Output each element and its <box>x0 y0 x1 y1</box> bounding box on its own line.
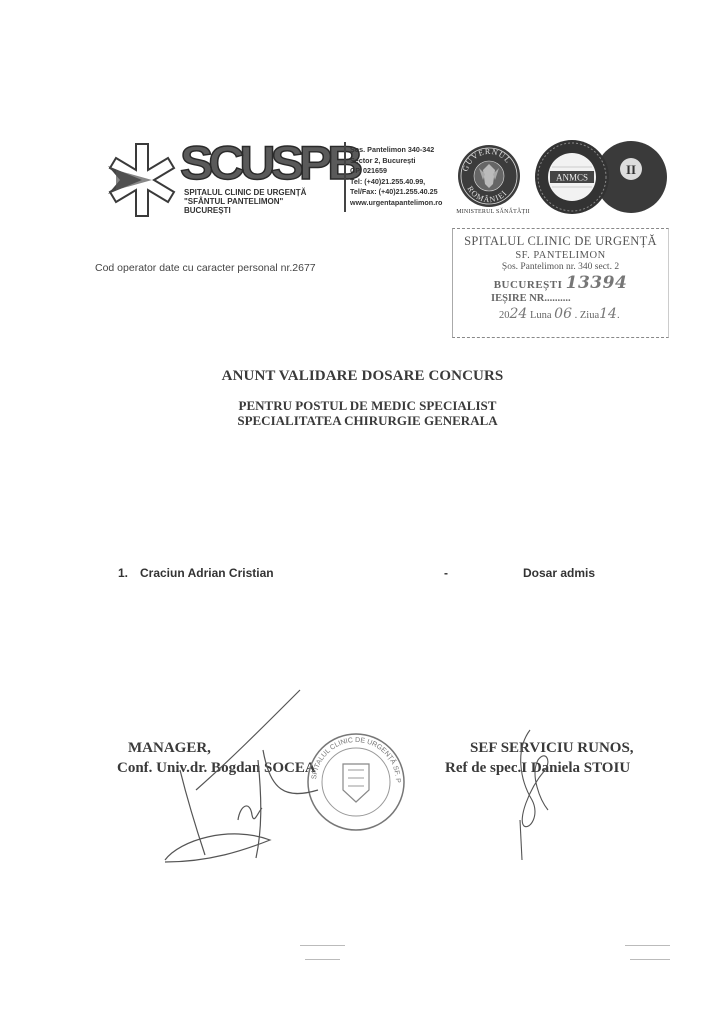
svg-text:SPITALUL CLINIC DE URGENȚĂ SF.: SPITALUL CLINIC DE URGENȚĂ SF. PANTELIMO… <box>0 0 401 783</box>
stamp-hospital-name: SPITALUL CLINIC DE URGENȚĂ <box>453 234 668 249</box>
stamp-year-suffix: 24 <box>510 306 528 322</box>
hospital-name-line3: BUCUREȘTI <box>184 206 354 215</box>
candidate-name: Craciun Adrian Cristian <box>140 566 274 580</box>
romanian-government-seal-icon: GUVERNUL ROMÂNIEI <box>457 144 521 208</box>
registration-stamp: SPITALUL CLINIC DE URGENȚĂ SF. PANTELIMO… <box>452 228 669 338</box>
stamp-month: 06 <box>554 306 572 322</box>
ministry-of-health-label: MINISTERUL SĂNĂTĂȚII <box>448 209 538 215</box>
stamp-hospital-short: SF. PANTELIMON <box>453 250 668 261</box>
address-postal-code: CP. 021659 <box>350 166 460 177</box>
stamp-month-label: Luna <box>530 310 552 321</box>
hospital-name-line1: SPITALUL CLINIC DE URGENȚĂ <box>184 188 354 197</box>
stamp-address: Șos. Pantelimon nr. 340 sect. 2 <box>453 262 668 272</box>
manager-role: MANAGER, <box>128 740 211 757</box>
svg-text:II: II <box>626 162 636 177</box>
stamp-year-prefix: 20 <box>499 310 510 321</box>
subtitle-position: PENTRU POSTUL DE MEDIC SPECIALIST <box>10 398 725 413</box>
address-street: Șos. Pantelimon 340-342 <box>350 145 460 156</box>
candidate-number: 1. <box>118 566 128 580</box>
header-divider <box>344 142 346 212</box>
address-fax: Tel/Fax: (+40)21.255.40.25 <box>350 187 460 198</box>
stamp-city-text: BUCUREȘTI <box>494 279 563 291</box>
document-title: ANUNT VALIDARE DOSARE CONCURS <box>0 368 725 385</box>
manager-name: Conf. Univ.dr. Bogdan SOCEA <box>117 760 316 777</box>
stamp-city: BUCUREȘTI 13394 <box>453 273 668 293</box>
stamp-day: 14 <box>599 306 617 322</box>
svg-text:ANMCS: ANMCS <box>556 173 588 183</box>
stamp-exit-line: IEȘIRE NR.......... <box>453 293 668 304</box>
candidate-separator: - <box>444 566 448 580</box>
hospital-address: Șos. Pantelimon 340-342 Sector 2, Bucure… <box>350 145 460 208</box>
hospital-logo-name: SPITALUL CLINIC DE URGENȚĂ "SFÂNTUL PANT… <box>184 188 354 215</box>
stamp-day-label: Ziua <box>580 310 599 321</box>
footer-mark-right-2 <box>630 959 670 960</box>
address-phone: Tel: (+40)21.255.40.99, <box>350 177 460 188</box>
subtitle-specialty: SPECIALITATEA CHIRURGIE GENERALA <box>10 413 725 428</box>
stamp-exit-number: 13394 <box>566 273 628 293</box>
address-sector: Sector 2, București <box>350 156 460 167</box>
footer-mark-right <box>625 945 670 946</box>
footer-mark-left <box>300 945 345 946</box>
footer-mark-left-2 <box>305 959 340 960</box>
hr-head-name: Ref de spec.I Daniela STOIU <box>445 760 630 777</box>
stamp-exit-label: IEȘIRE NR. <box>491 293 547 304</box>
anmcs-accreditation-seal-icon: II ANMCS <box>528 139 668 215</box>
hr-head-role: SEF SERVICIU RUNOS, <box>470 740 634 757</box>
hospital-logo-acronym: SCUSPB <box>180 141 358 185</box>
hospital-name-line2: "SFÂNTUL PANTELIMON" <box>184 197 354 206</box>
candidate-status: Dosar admis <box>523 566 595 580</box>
stamp-date-line: 2024 Luna 06 . Ziua14. <box>453 306 668 322</box>
operator-code: Cod operator date cu caracter personal n… <box>95 262 316 274</box>
document-subtitle: PENTRU POSTUL DE MEDIC SPECIALIST SPECIA… <box>0 398 725 428</box>
hospital-star-of-life-logo-icon <box>108 140 178 220</box>
address-website: www.urgentapantelimon.ro <box>350 198 460 209</box>
